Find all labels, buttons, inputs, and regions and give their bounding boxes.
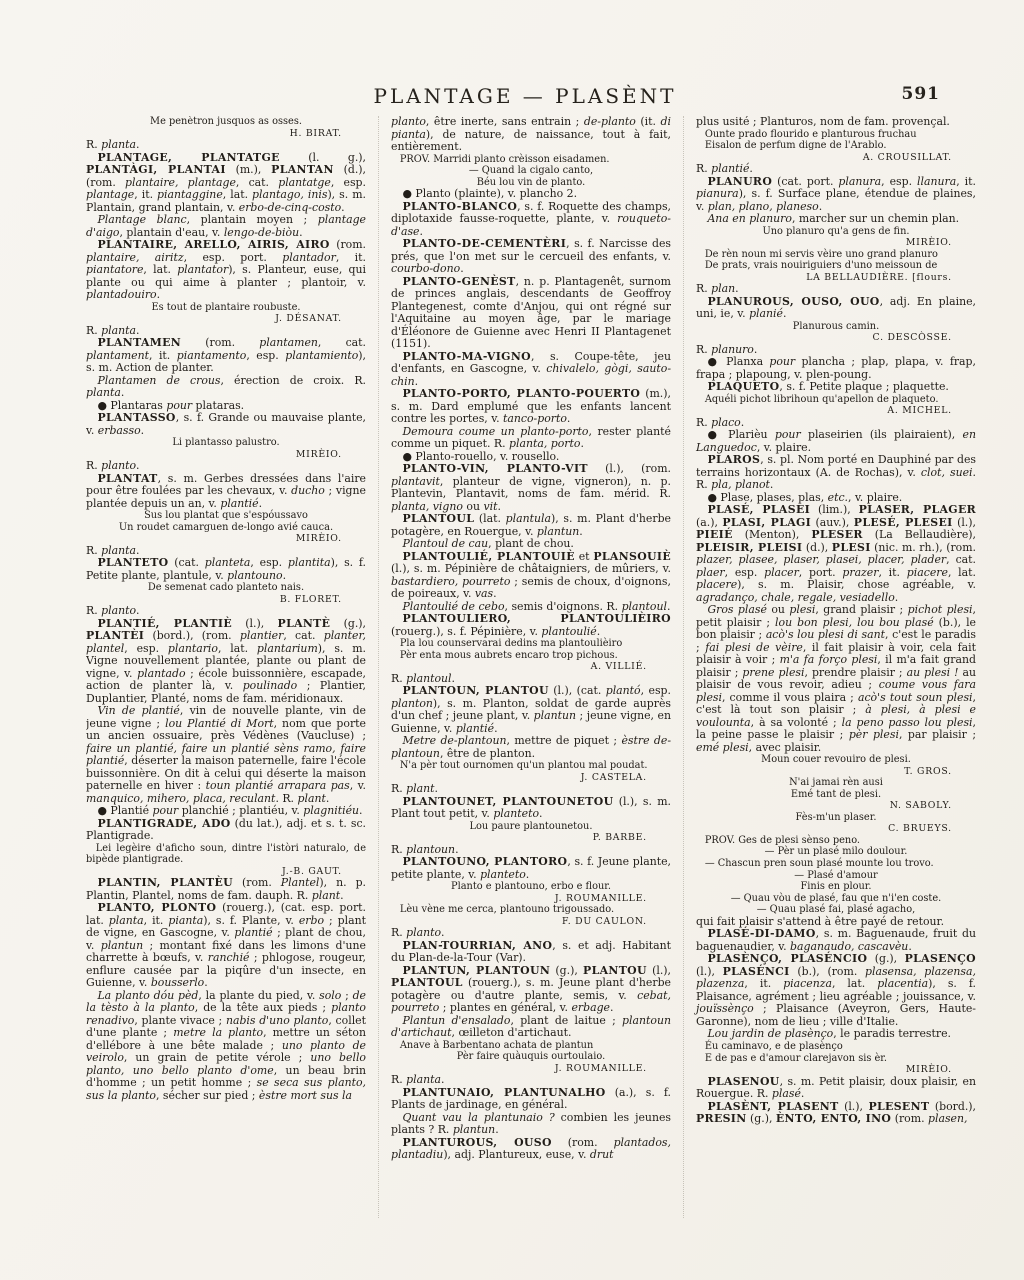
dictionary-entry: PLANTIÉ, PLANTIÈ (l.), PLANTÈ (g.), PLAN…: [86, 618, 366, 706]
dictionary-entry: PLANTUN, PLANTOUN (g.), PLANTOU (l.), PL…: [391, 965, 671, 1015]
dictionary-entry: PLANTAIRE, ARELLO, AIRIS, AIRO (rom. pla…: [86, 239, 366, 302]
continuation-paragraph: planto, être inerte, sans entrain ; de-p…: [391, 116, 671, 154]
dictionary-entry: PLANTOULIERO, PLANTOULIÈIRO (rouerg.), s…: [391, 613, 671, 638]
quote-line: De rèn noun mi servis vèire uno grand pl…: [696, 249, 976, 261]
dictionary-entry: PLANTO-PORTO, PLANTO-POUERTO (m.), s. m.…: [391, 388, 671, 426]
verse-line: De semenat cado planteto nais.: [86, 582, 366, 594]
dictionary-entry: PLANTOUN, PLANTOU (l.), (cat. plantó, es…: [391, 685, 671, 735]
dictionary-entry: PLANURO (cat. port. planura, esp. llanur…: [696, 176, 976, 214]
dictionary-entry: PLANTO-MA-VIGNO, s. Coupe-tête, jeu d'en…: [391, 351, 671, 389]
quote-line: Ounte prado flourido e planturous frucha…: [696, 129, 976, 141]
dictionary-entry: Plantun d'ensalado, plant de laitue ; pl…: [391, 1015, 671, 1040]
dictionary-entry: PLASÈNÇO, PLASÉNCIO (g.), PLASENÇO (l.),…: [696, 953, 976, 1028]
quote-line: Pèr enta mous aubrets encaro trop pichou…: [391, 650, 671, 662]
quote-line: Eisalon de perfum digne de l'Arablo.: [696, 140, 976, 152]
quote-line: De prats, vrais nouiriguiers d'uno meiss…: [696, 260, 976, 272]
scanned-dictionary-page: PLANTAGE — PLASÈNT 591 Me penètron jusqu…: [0, 0, 1024, 1280]
attribution: MIRÈIO.: [696, 237, 976, 248]
dictionary-entry: PLASÉ-DI-DAMO, s. m. Baguenaude, fruit d…: [696, 928, 976, 953]
verse-line: Sus lou plantat que s'espóussavo: [86, 510, 366, 522]
dictionary-entry: PLASÉ, PLASEI (lim.), PLASER, PLAGER (a.…: [696, 504, 976, 604]
quote-line: Pla lou counservarai dedins ma plantouli…: [391, 638, 671, 650]
dictionary-entry: ● Planxa pour plancha ; plap, plapa, v. …: [696, 356, 976, 381]
dictionary-entry: PLANTO-BLANCO, s. f. Roquette des champs…: [391, 201, 671, 239]
verse-line: Lou paure plantounetou.: [391, 821, 671, 833]
verse-line: Es tout de plantaire roubuste.: [86, 302, 366, 314]
dictionary-entry: PLANTO-VIN, PLANTO-VIT (l.), (rom. plant…: [391, 463, 671, 513]
verse-line: — Plasé d'amour: [696, 870, 976, 882]
verse-line: Fès-m'un plaser.: [696, 812, 976, 824]
quote-line: — Chascun pren soun plasé mounte lou tro…: [696, 858, 976, 870]
attribution: C. BRUEYS.: [696, 823, 976, 834]
dictionary-entry: PLASENOU, s. m. Petit plaisir, doux plai…: [696, 1076, 976, 1101]
attribution: T. GROS.: [696, 766, 976, 777]
quote-line: PROV. Ges de plesi sènso peno.: [696, 835, 976, 847]
dictionary-entry: Lou jardin de plasènço, le paradis terre…: [696, 1028, 976, 1041]
dictionary-entry: PLANTAMEN (rom. plantamen, cat. plantame…: [86, 337, 366, 375]
verse-line: Pèr faire quàuquis ourtoulaio.: [391, 1051, 671, 1063]
quote-line: Anave à Barbentano achata de plantun: [391, 1040, 671, 1052]
text-columns: Me penètron jusquos as osses.H. BIRAT.R.…: [86, 116, 978, 1218]
verse-line: Moun couer revouiro de plesi.: [696, 754, 976, 766]
continuation-paragraph: plus usité ; Planturos, nom de fam. prov…: [696, 116, 976, 129]
dictionary-entry: Gros plasé ou plesi, grand plaisir ; pic…: [696, 604, 976, 754]
page-number: 591: [902, 84, 941, 104]
verse-line: N'ai jamai rèn ausi: [696, 777, 976, 789]
verse-line: Planto e plantouno, erbo e flour.: [391, 881, 671, 893]
dictionary-entry: PLANTOUNO, PLANTORO, s. f. Jeune plante,…: [391, 856, 671, 881]
dictionary-entry: PLANTETO (cat. planteta, esp. plantita),…: [86, 557, 366, 582]
dictionary-entry: PLANTAT, s. m. Gerbes dressées dans l'ai…: [86, 473, 366, 511]
column-left: Me penètron jusquos as osses.H. BIRAT.R.…: [86, 116, 366, 1218]
column-right: plus usité ; Planturos, nom de fam. prov…: [683, 116, 976, 1218]
verse-line: Planurous camin.: [696, 321, 976, 333]
dictionary-entry: Demoura coume un planto-porto, rester pl…: [391, 426, 671, 451]
dictionary-entry: PLANTIGRADE, ADO (du lat.), adj. et s. t…: [86, 818, 366, 843]
running-title: PLANTAGE — PLASÈNT: [300, 84, 750, 108]
quote-line: N'a pèr tout ournomen qu'un plantou mal …: [391, 760, 671, 772]
dictionary-entry: PLANTASSO, s. f. Grande ou mauvaise plan…: [86, 412, 366, 437]
dictionary-entry: PLANTOUL (lat. plantula), s. m. Plant d'…: [391, 513, 671, 538]
dictionary-entry: PLANTAGE, PLANTATGE (l. g.), PLANTÀGI, P…: [86, 152, 366, 215]
dictionary-entry: La planto dóu pèd, la plante du pied, v.…: [86, 990, 366, 1103]
dictionary-entry: PLANTO, PLONTO (rouerg.), (cat. esp. por…: [86, 902, 366, 990]
verse-line: Finis en plour.: [696, 881, 976, 893]
dictionary-entry: Vin de plantié, vin de nouvelle plante, …: [86, 705, 366, 805]
dictionary-entry: PLAN-TOURRIAN, ANO, s. et adj. Habitant …: [391, 940, 671, 965]
verse-line: Un roudet camarguen de-longo avié cauca.: [86, 522, 366, 534]
dictionary-entry: PLANTUROUS, OUSO (rom. plantados, planta…: [391, 1137, 671, 1162]
dictionary-entry: PLANTOUNET, PLANTOUNETOU (l.), s. m. Pla…: [391, 796, 671, 821]
dictionary-entry: Metre de-plantoun, mettre de piquet ; ès…: [391, 735, 671, 760]
quote-line: Éu caminavo, e de plasènço: [696, 1041, 976, 1053]
dictionary-entry: PLANTO-GENÈST, n. p. Plantagenêt, surnom…: [391, 276, 671, 351]
dictionary-entry: ● Plarièu pour plaseirien (ils plairaien…: [696, 429, 976, 454]
dictionary-entry: PLANTOULIÉ, PLANTOUIÈ et PLANSOUIÈ (l.),…: [391, 551, 671, 601]
verse-line: Emé tant de plesi.: [696, 789, 976, 801]
quote-line: Lèu vène me cerca, plantouno trigoussado…: [391, 904, 671, 916]
verse-line: Me penètron jusquos as osses.: [86, 116, 366, 128]
quote-line: PROV. Marridi planto crèisson eisadamen.: [391, 154, 671, 166]
attribution: N. SABOLY.: [696, 800, 976, 811]
verse-line: — Quand la cigalo canto,: [391, 165, 671, 177]
quote-line: Aquéli pichot librihoun qu'apellon de pl…: [696, 394, 976, 406]
dictionary-entry: PLANTO-DE-CEMENTÈRI, s. f. Narcisse des …: [391, 238, 671, 276]
dictionary-entry: PLANTIN, PLANTÈU (rom. Plantel), n. p. P…: [86, 877, 366, 902]
dictionary-entry: Ana en planuro, marcher sur un chemin pl…: [696, 213, 976, 226]
verse-line: — Quau vòu de plasé, fau que n'i'en cost…: [696, 893, 976, 905]
verse-line: Uno planuro qu'a gens de fin.: [696, 226, 976, 238]
quote-paragraph: Lei legèire d'aficho soun, dintre l'istò…: [86, 843, 366, 866]
dictionary-entry: Quant vau la plantunaio ? combien les je…: [391, 1112, 671, 1137]
dictionary-entry: Plantage blanc, plantain moyen ; plantag…: [86, 214, 366, 239]
attribution: J. ROUMANILLE.: [391, 893, 671, 904]
dictionary-entry: PLAROS, s. pl. Nom porté en Dauphiné par…: [696, 454, 976, 492]
dictionary-entry: PLANTUNAIO, PLANTUNALHO (a.), s. f. Plan…: [391, 1087, 671, 1112]
quote-line: E de pas e d'amour clarejavon sis èr.: [696, 1053, 976, 1065]
verse-line: Li plantasso palustro.: [86, 437, 366, 449]
dictionary-entry: PLASÈNT, PLASENT (l.), PLESENT (bord.), …: [696, 1101, 976, 1126]
dictionary-entry: PLAQUETO, s. f. Petite plaque ; plaquett…: [696, 381, 976, 394]
column-middle: planto, être inerte, sans entrain ; de-p…: [378, 116, 671, 1218]
dictionary-entry: PLANUROUS, OUSO, OUO, adj. En plaine, un…: [696, 296, 976, 321]
dictionary-entry: Plantamen de crous, érection de croix. R…: [86, 375, 366, 400]
verse-line: — Pèr un plasé milo doulour.: [696, 846, 976, 858]
